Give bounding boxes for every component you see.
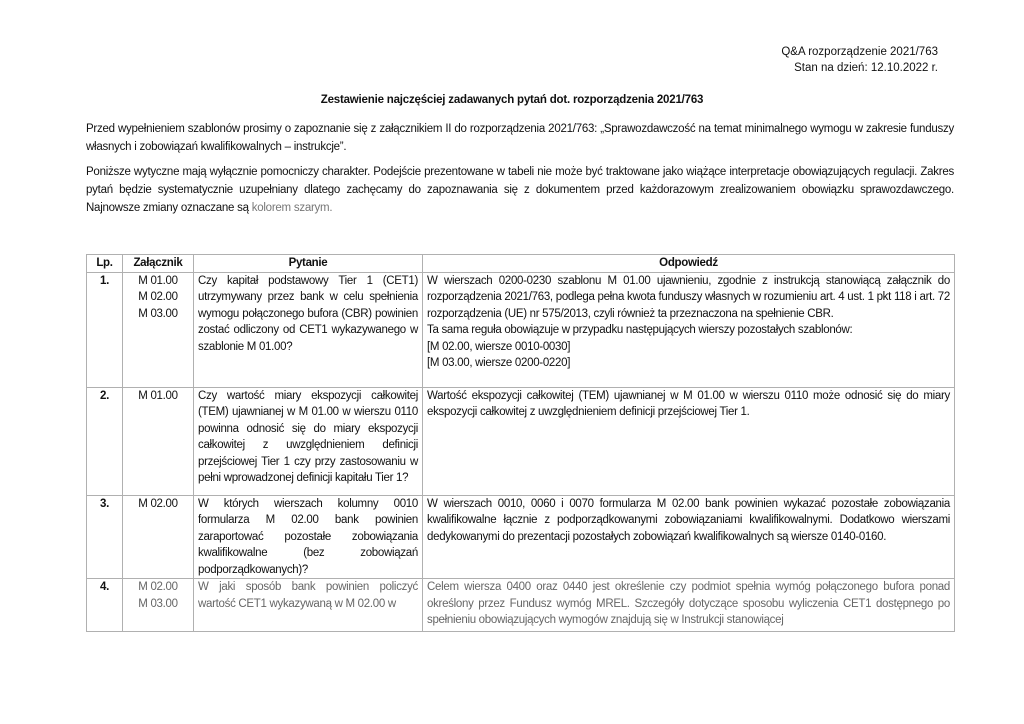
- attachment: M 03.00: [127, 596, 189, 613]
- question-cell: W których wierszach kolumny 0010 formula…: [194, 495, 423, 579]
- qa-table: Lp. Załącznik Pytanie Odpowiedź 1. M 01.…: [86, 254, 955, 632]
- answer-cell: Celem wiersza 0400 oraz 0440 jest określ…: [423, 579, 955, 632]
- document-header: Q&A rozporządzenie 2021/763 Stan na dzie…: [781, 44, 938, 76]
- attachment: M 02.00: [127, 496, 189, 513]
- answer-cell: Wartość ekspozycji całkowitej (TEM) ujaw…: [423, 387, 955, 495]
- question-cell: Czy wartość miary ekspozycji całkowitej …: [194, 387, 423, 495]
- table-row: 4. M 02.00 M 03.00 W jaki sposób bank po…: [87, 579, 955, 632]
- answer-text: Celem wiersza 0400 oraz 0440 jest określ…: [427, 579, 950, 629]
- row-number: 1.: [87, 272, 123, 387]
- attachment: M 01.00: [127, 273, 189, 290]
- question-cell: W jaki sposób bank powinien policzyć war…: [194, 579, 423, 632]
- question-cell: Czy kapitał podstawowy Tier 1 (CET1) utr…: [194, 272, 423, 387]
- row-number: 4.: [87, 579, 123, 632]
- attachment-cell: M 02.00: [123, 495, 194, 579]
- header-answer: Odpowiedź: [423, 255, 955, 273]
- table-row: 1. M 01.00 M 02.00 M 03.00 Czy kapitał p…: [87, 272, 955, 387]
- attachment-cell: M 01.00: [123, 387, 194, 495]
- attachment: M 02.00: [127, 289, 189, 306]
- header-attachment: Załącznik: [123, 255, 194, 273]
- answer-text: [M 02.00, wiersze 0010-0030]: [427, 339, 950, 356]
- row-number: 3.: [87, 495, 123, 579]
- table-row: 2. M 01.00 Czy wartość miary ekspozycji …: [87, 387, 955, 495]
- attachment: M 02.00: [127, 579, 189, 596]
- gray-marker-text: kolorem szarym.: [252, 202, 333, 214]
- table-row: 3. M 02.00 W których wierszach kolumny 0…: [87, 495, 955, 579]
- intro-text: Poniższe wytyczne mają wyłącznie pomocni…: [86, 166, 954, 214]
- answer-cell: W wierszach 0010, 0060 i 0070 formularza…: [423, 495, 955, 579]
- intro-paragraph-1: Przed wypełnieniem szablonów prosimy o z…: [86, 120, 954, 156]
- answer-text: [M 03.00, wiersze 0200-0220]: [427, 355, 950, 372]
- attachment-cell: M 01.00 M 02.00 M 03.00: [123, 272, 194, 387]
- header-question: Pytanie: [194, 255, 423, 273]
- answer-text: Ta sama reguła obowiązuje w przypadku na…: [427, 322, 950, 339]
- attachment: M 03.00: [127, 306, 189, 323]
- attachment: M 01.00: [127, 388, 189, 405]
- document-title: Zestawienie najczęściej zadawanych pytań…: [0, 94, 1024, 106]
- document-reference: Q&A rozporządzenie 2021/763: [781, 44, 938, 60]
- answer-text: Wartość ekspozycji całkowitej (TEM) ujaw…: [427, 388, 950, 421]
- row-number: 2.: [87, 387, 123, 495]
- attachment-cell: M 02.00 M 03.00: [123, 579, 194, 632]
- table-header-row: Lp. Załącznik Pytanie Odpowiedź: [87, 255, 955, 273]
- header-lp: Lp.: [87, 255, 123, 273]
- answer-text: W wierszach 0010, 0060 i 0070 formularza…: [427, 496, 950, 546]
- intro-paragraph-2: Poniższe wytyczne mają wyłącznie pomocni…: [86, 163, 954, 217]
- answer-cell: W wierszach 0200-0230 szablonu M 01.00 u…: [423, 272, 955, 387]
- document-date: Stan na dzień: 12.10.2022 r.: [781, 60, 938, 76]
- answer-text: W wierszach 0200-0230 szablonu M 01.00 u…: [427, 273, 950, 323]
